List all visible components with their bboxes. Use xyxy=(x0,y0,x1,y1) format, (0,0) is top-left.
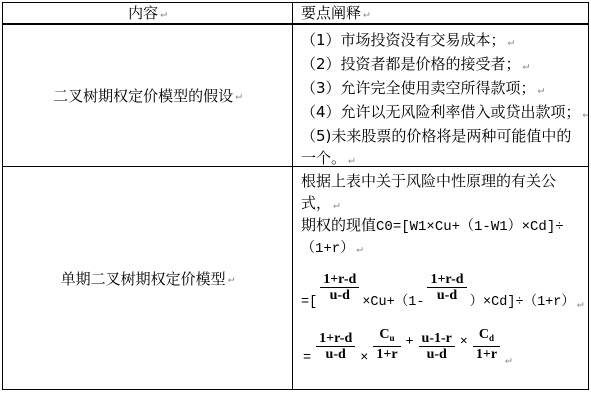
equals-sign: = xyxy=(303,351,311,366)
paragraph-mark-icon: ↵ xyxy=(226,272,235,285)
fraction-denominator: u-d xyxy=(316,347,355,362)
fraction-denominator: u-d xyxy=(419,347,455,362)
row-assumptions-points-cell: （1）市场投资没有交易成本；↵ （2）投资者都是价格的接受者；↵ （3）允许完全… xyxy=(293,25,588,167)
fraction-numerator: 1+r-d xyxy=(320,272,359,288)
fraction: u-1-ru-d xyxy=(419,331,455,362)
paragraph-mark-icon: ↵ xyxy=(536,83,545,96)
model-intro-line: 式，↵ xyxy=(301,192,586,216)
row-model-title: 单期二叉树期权定价模型 xyxy=(61,268,226,289)
assumption-line: （2）投资者都是价格的接受者；↵ xyxy=(301,53,586,77)
symbol-C: C xyxy=(379,327,389,342)
assumption-text: （4）允许以无风险利率借入或贷出款项； xyxy=(301,103,581,121)
fraction-denominator: 1+r xyxy=(473,347,500,362)
header-cell-content: 内容↵ xyxy=(3,3,293,25)
multiply-sign: × xyxy=(460,334,468,350)
fraction-denominator: 1+r xyxy=(373,347,400,362)
row-model-title-cell: 单期二叉树期权定价模型↵ xyxy=(3,167,293,389)
paragraph-mark-icon: ↵ xyxy=(503,353,512,366)
subscript: d xyxy=(489,333,494,343)
formula-suffix: ）×Cd]÷（1+r） xyxy=(470,289,575,310)
assumption-text: 一个。 xyxy=(301,149,346,167)
paragraph-mark-icon: ↵ xyxy=(521,59,530,72)
multiply-sign: × xyxy=(360,351,368,366)
assumption-line: （1）市场投资没有交易成本；↵ xyxy=(301,29,586,53)
paragraph-mark-icon: ↵ xyxy=(331,198,340,211)
paragraph-mark-icon: ↵ xyxy=(581,107,588,120)
row-assumptions-title-cell: 二叉树期权定价模型的假设↵ xyxy=(3,25,293,167)
formula-final: = 1+r-du-d × Cu1+r + u-1-ru-d × Cd1+r ↵ xyxy=(301,327,586,366)
paragraph-mark-icon: ↵ xyxy=(354,242,363,255)
present-value-code: （1+r） xyxy=(301,241,354,257)
present-value-label: 期权的现值 xyxy=(301,218,376,235)
present-value-line: 期权的现值C0=[W1×Cu+（1-W1）×Cd]÷ xyxy=(301,216,586,238)
formula-expanded: =[ 1+r-du-d ×Cu+（1- 1+r-du-d ）×Cd]÷（1+r）… xyxy=(301,272,586,310)
formula-prefix: =[ xyxy=(301,295,317,310)
assumption-line: （5)未来股票的价格将是两种可能值中的 xyxy=(301,125,586,147)
formula-middle: ×Cu+（1- xyxy=(362,289,424,310)
assumption-line: （3）允许完全使用卖空所得款项；↵ xyxy=(301,77,586,101)
fraction-numerator: 1+r-d xyxy=(316,331,355,347)
fraction-numerator: 1+r-d xyxy=(427,272,466,288)
assumption-text: （1）市场投资没有交易成本； xyxy=(301,31,506,49)
header-content-label: 内容 xyxy=(128,4,158,23)
model-intro-line: 根据上表中关于风险中性原理的有关公 xyxy=(301,170,586,192)
paragraph-mark-icon: ↵ xyxy=(158,4,167,23)
fraction-numerator: u-1-r xyxy=(419,331,455,347)
fraction-numerator: Cd xyxy=(473,327,500,347)
assumption-text: （3）允许完全使用卖空所得款项； xyxy=(301,79,536,97)
present-value-code: C0=[W1×Cu+（1-W1）×Cd]÷ xyxy=(376,219,564,235)
fraction-denominator: u-d xyxy=(320,288,359,303)
present-value-line: （1+r）↵ xyxy=(301,238,586,260)
fraction-numerator: Cu xyxy=(373,327,400,347)
fraction: 1+r-du-d xyxy=(427,272,466,303)
assumption-line: （4）允许以无风险利率借入或贷出款项；↵ xyxy=(301,101,586,125)
assumption-line: 一个。↵ xyxy=(301,147,586,167)
paragraph-mark-icon: ↵ xyxy=(361,4,370,23)
row-assumptions-title: 二叉树期权定价模型的假设 xyxy=(53,85,233,106)
fraction: Cu1+r xyxy=(373,327,400,362)
fraction: 1+r-du-d xyxy=(320,272,359,303)
model-intro-text: 根据上表中关于风险中性原理的有关公 xyxy=(301,172,556,190)
header-cell-points: 要点阐释↵ xyxy=(293,3,588,25)
paragraph-mark-icon: ↵ xyxy=(506,35,515,48)
content-table: 内容↵ 要点阐释↵ 二叉树期权定价模型的假设↵ （1）市场投资没有交易成本；↵ … xyxy=(2,2,589,390)
paragraph-mark-icon: ↵ xyxy=(233,89,242,102)
paragraph-mark-icon: ↵ xyxy=(575,297,584,310)
fraction: Cd1+r xyxy=(473,327,500,362)
paragraph-mark-icon: ↵ xyxy=(346,153,355,166)
symbol-C: C xyxy=(479,327,489,342)
assumption-text: （2）投资者都是价格的接受者； xyxy=(301,55,521,73)
fraction-denominator: u-d xyxy=(427,288,466,303)
row-model-points-cell: 根据上表中关于风险中性原理的有关公 式，↵ 期权的现值C0=[W1×Cu+（1-… xyxy=(293,167,588,389)
model-intro-text: 式， xyxy=(301,194,331,212)
subscript: u xyxy=(390,333,395,343)
plus-sign: + xyxy=(406,334,414,350)
header-points-label: 要点阐释 xyxy=(301,4,361,23)
assumption-text: （5)未来股票的价格将是两种可能值中的 xyxy=(301,127,571,145)
fraction: 1+r-du-d xyxy=(316,331,355,362)
